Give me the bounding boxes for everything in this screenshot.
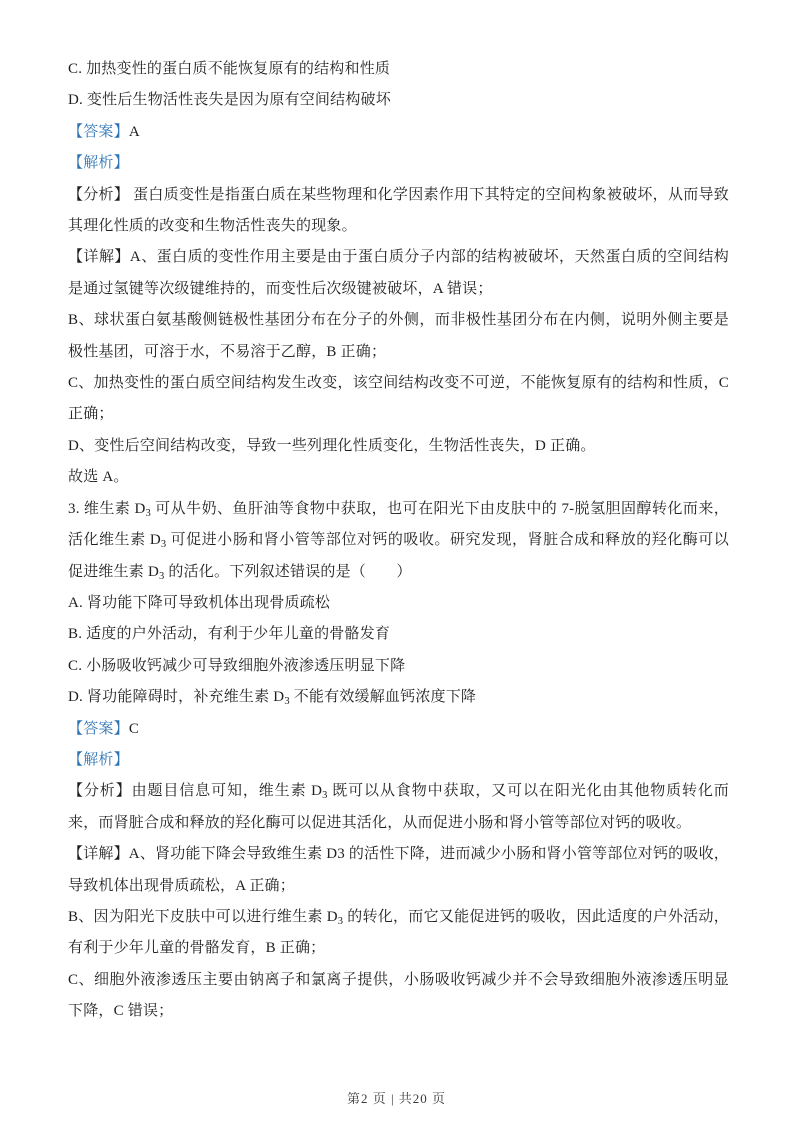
- section-label: 【解析】: [68, 752, 129, 768]
- text-run: 的活化。下列叙述错误的是（ ）: [164, 564, 411, 580]
- text-run: 【分析】 蛋白质变性是指蛋白质在某些物理和化学因素作用下其特定的空间构象被破坏，…: [68, 187, 729, 234]
- paragraph: B. 适度的户外活动，有利于少年儿童的骨骼发育: [68, 619, 729, 650]
- paragraph: B、球状蛋白氨基酸侧链极性基团分布在分子的外侧，而非极性基团分布在内侧，说明外侧…: [68, 305, 729, 368]
- paragraph: D. 变性后生物活性丧失是因为原有空间结构破坏: [68, 85, 729, 116]
- text-run: 【分析】由题目信息可知，维生素 D: [68, 783, 322, 799]
- paragraph: D、变性后空间结构改变，导致一些列理化性质变化，生物活性丧失，D 正确。: [68, 431, 729, 462]
- text-run: C. 加热变性的蛋白质不能恢复原有的结构和性质: [68, 61, 390, 77]
- text-run: C、加热变性的蛋白质空间结构发生改变，该空间结构改变不可逆，不能恢复原有的结构和…: [68, 375, 729, 422]
- paragraph: B、因为阳光下皮肤中可以进行维生素 D3 的转化，而它又能促进钙的吸收，因此适度…: [68, 902, 729, 965]
- text-run: D、变性后空间结构改变，导致一些列理化性质变化，生物活性丧失，D 正确。: [68, 438, 596, 454]
- paragraph: 【分析】由题目信息可知，维生素 D3 既可以从食物中获取，又可以在阳光化由其他物…: [68, 776, 729, 839]
- paragraph: D. 肾功能障碍时，补充维生素 D3 不能有效缓解血钙浓度下降: [68, 682, 729, 713]
- paragraph: 【分析】 蛋白质变性是指蛋白质在某些物理和化学因素作用下其特定的空间构象被破坏，…: [68, 180, 729, 243]
- paragraph: C. 小肠吸收钙减少可导致细胞外液渗透压明显下降: [68, 651, 729, 682]
- paragraph: C、细胞外液渗透压主要由钠离子和氯离子提供，小肠吸收钙减少并不会导致细胞外液渗透…: [68, 965, 729, 1028]
- text-run: C、细胞外液渗透压主要由钠离子和氯离子提供，小肠吸收钙减少并不会导致细胞外液渗透…: [68, 972, 729, 1019]
- paragraph: 【答案】A: [68, 117, 729, 148]
- section-label: 【答案】: [68, 124, 129, 140]
- text-run: 【详解】A、蛋白质的变性作用主要是由于蛋白质分子内部的结构被破坏，天然蛋白质的空…: [68, 249, 729, 296]
- document-page: C. 加热变性的蛋白质不能恢复原有的结构和性质D. 变性后生物活性丧失是因为原有…: [0, 0, 793, 1122]
- text-run: A. 肾功能下降可导致机体出现骨质疏松: [68, 595, 330, 611]
- section-label: 【解析】: [68, 155, 129, 171]
- text-run: 【详解】A、肾功能下降会导致维生素 D3 的活性下降，进而减少小肠和肾小管等部位…: [68, 846, 729, 893]
- text-run: 不能有效缓解血钙浓度下降: [290, 689, 476, 705]
- page-number-label: 第2 页 | 共20 页: [347, 1091, 446, 1106]
- paragraph: 3. 维生素 D3 可从牛奶、鱼肝油等食物中获取，也可在阳光下由皮肤中的 7-脱…: [68, 494, 729, 588]
- paragraph: 故选 A。: [68, 462, 729, 493]
- paragraph: C、加热变性的蛋白质空间结构发生改变，该空间结构改变不可逆，不能恢复原有的结构和…: [68, 368, 729, 431]
- text-run: B. 适度的户外活动，有利于少年儿童的骨骼发育: [68, 626, 390, 642]
- section-label: 【答案】: [68, 721, 129, 737]
- paragraph: 【解析】: [68, 148, 729, 179]
- paragraph: 【详解】A、蛋白质的变性作用主要是由于蛋白质分子内部的结构被破坏，天然蛋白质的空…: [68, 242, 729, 305]
- text-run: C. 小肠吸收钙减少可导致细胞外液渗透压明显下降: [68, 658, 405, 674]
- paragraph: 【详解】A、肾功能下降会导致维生素 D3 的活性下降，进而减少小肠和肾小管等部位…: [68, 839, 729, 902]
- paragraph: C. 加热变性的蛋白质不能恢复原有的结构和性质: [68, 54, 729, 85]
- page-footer: 第2 页 | 共20 页: [0, 1090, 793, 1108]
- text-run: 故选 A。: [68, 469, 129, 485]
- text-run: D. 肾功能障碍时，补充维生素 D: [68, 689, 284, 705]
- paragraph: 【解析】: [68, 745, 729, 776]
- text-run: A: [129, 124, 140, 140]
- page-body: C. 加热变性的蛋白质不能恢复原有的结构和性质D. 变性后生物活性丧失是因为原有…: [68, 54, 729, 1028]
- text-run: 3. 维生素 D: [68, 501, 146, 517]
- paragraph: A. 肾功能下降可导致机体出现骨质疏松: [68, 588, 729, 619]
- text-run: B、球状蛋白氨基酸侧链极性基团分布在分子的外侧，而非极性基团分布在内侧，说明外侧…: [68, 312, 729, 359]
- text-run: C: [129, 721, 139, 737]
- text-run: B、因为阳光下皮肤中可以进行维生素 D: [68, 909, 338, 925]
- text-run: D. 变性后生物活性丧失是因为原有空间结构破坏: [68, 92, 391, 108]
- paragraph: 【答案】C: [68, 714, 729, 745]
